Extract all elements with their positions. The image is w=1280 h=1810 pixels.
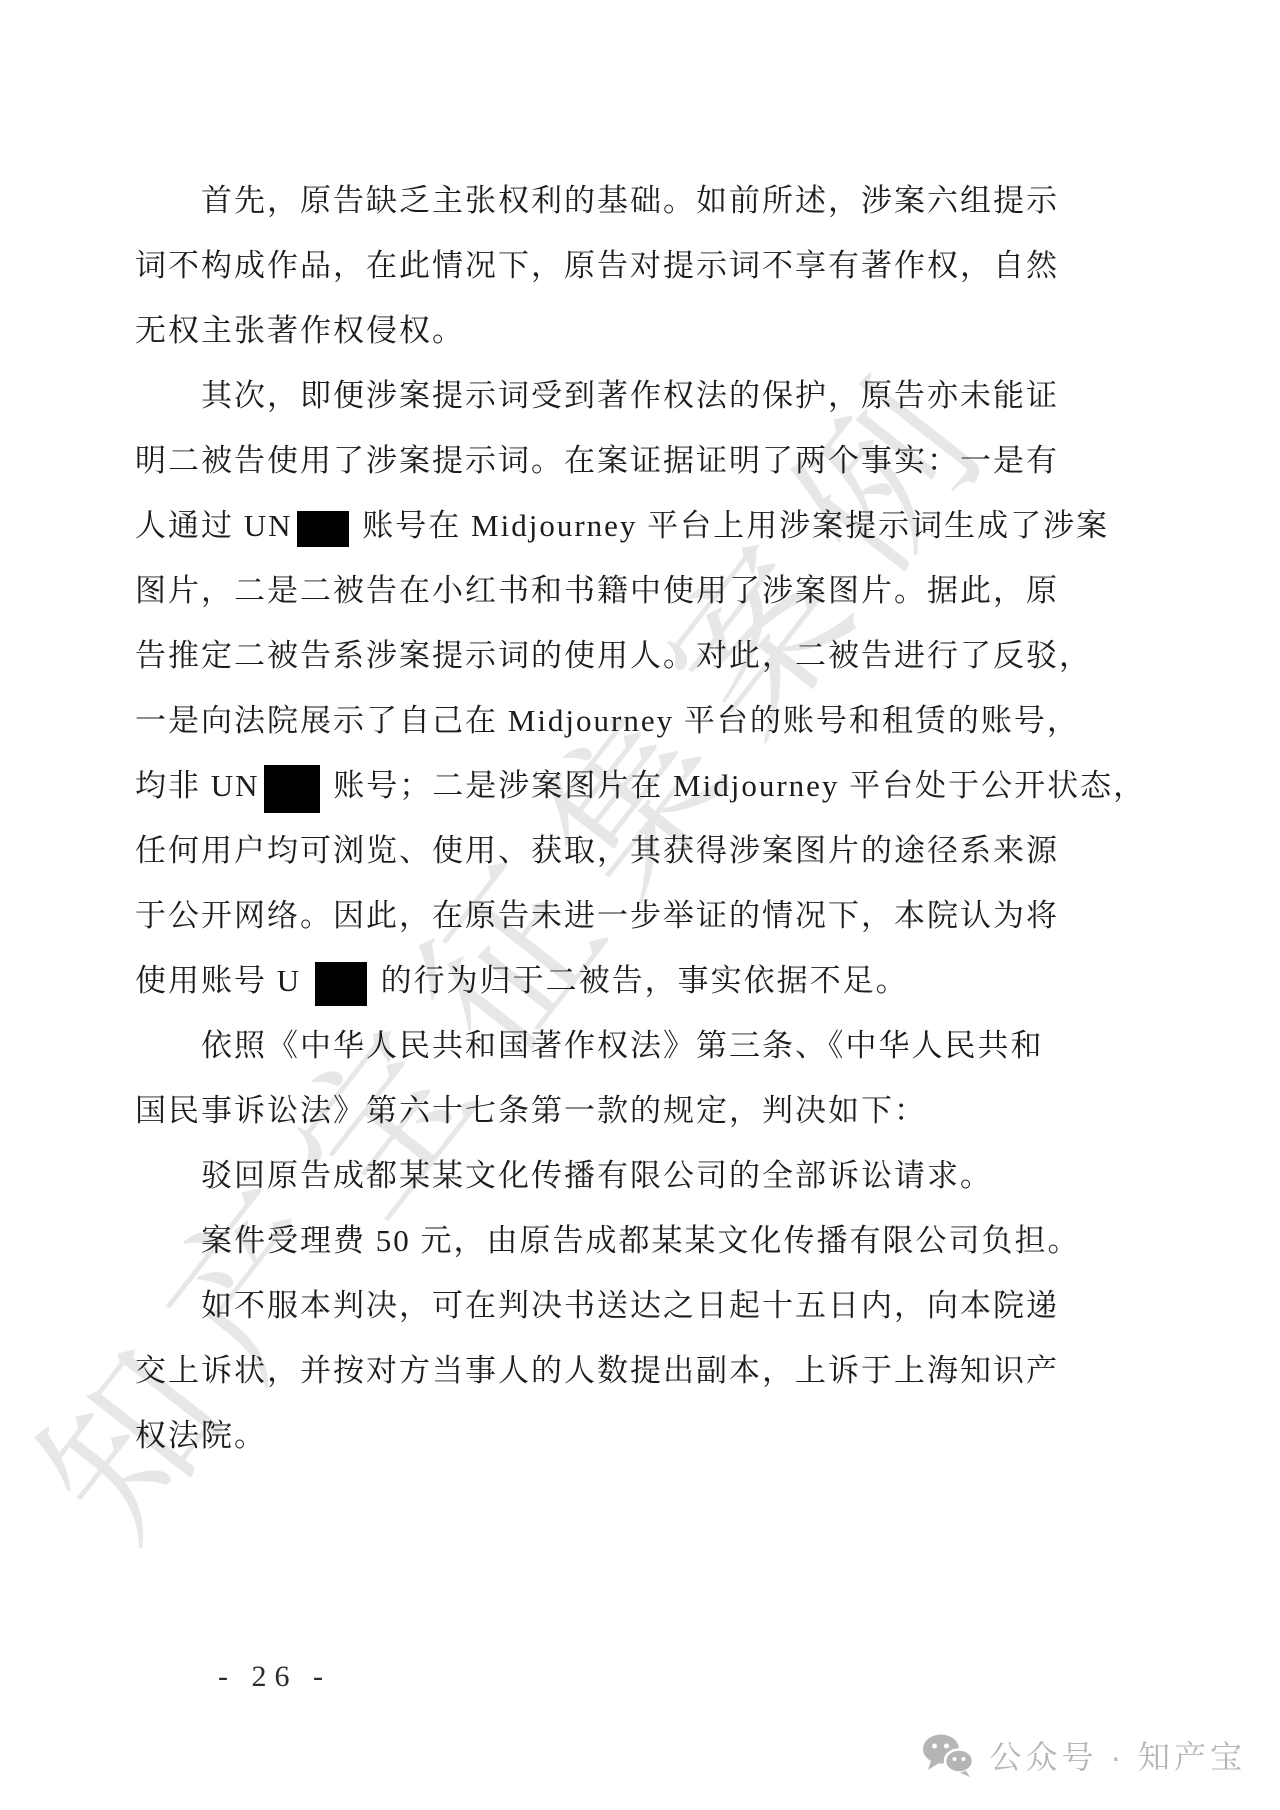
text-line: 国民事诉讼法》第六十七条第一款的规定，判决如下：	[135, 1078, 1015, 1143]
text-run: 一是向法院展示了自己在 Midjourney 平台的账号和租赁的账号，	[135, 703, 1080, 738]
text-run: 如不服本判决，可在判决书送达之日起十五日内，向本院递	[201, 1288, 1059, 1323]
text-line: 其次，即便涉案提示词受到著作权法的保护，原告亦未能证	[135, 363, 1015, 428]
text-run: 驳回原告成都某某文化传播有限公司的全部诉讼请求。	[201, 1158, 993, 1193]
text-run: 均非 UN	[135, 768, 260, 803]
text-line: 一是向法院展示了自己在 Midjourney 平台的账号和租赁的账号，	[135, 688, 1015, 753]
text-run: 使用账号 U	[135, 963, 311, 998]
text-run: 案件受理费 50 元，由原告成都某某文化传播有限公司负担。	[201, 1223, 1081, 1258]
text-line: 案件受理费 50 元，由原告成都某某文化传播有限公司负担。	[135, 1208, 1015, 1273]
text-run: 人通过 UN	[135, 508, 293, 543]
text-line: 首先，原告缺乏主张权利的基础。如前所述，涉案六组提示	[135, 168, 1015, 233]
text-run: 的行为归于二被告，事实依据不足。	[371, 963, 909, 998]
text-line: 交上诉状，并按对方当事人的人数提出副本，上诉于上海知识产	[135, 1338, 1015, 1403]
text-run: 依照《中华人民共和国著作权法》第三条、《中华人民共和	[201, 1028, 1044, 1063]
text-line: 人通过 UN 账号在 Midjourney 平台上用涉案提示词生成了涉案	[135, 493, 1015, 558]
text-line: 词不构成作品，在此情况下，原告对提示词不享有著作权，自然	[135, 233, 1015, 298]
text-run: 任何用户均可浏览、使用、获取，其获得涉案图片的途径系来源	[135, 833, 1059, 868]
text-line: 告推定二被告系涉案提示词的使用人。对此，二被告进行了反驳，	[135, 623, 1015, 688]
text-run: 交上诉状，并按对方当事人的人数提出副本，上诉于上海知识产	[135, 1353, 1059, 1388]
text-line: 权法院。	[135, 1403, 1015, 1468]
text-run: 于公开网络。因此，在原告未进一步举证的情况下，本院认为将	[135, 898, 1059, 933]
text-run: 无权主张著作权侵权。	[135, 313, 465, 348]
text-line: 如不服本判决，可在判决书送达之日起十五日内，向本院递	[135, 1273, 1015, 1338]
text-run: 账号在 Midjourney 平台上用涉案提示词生成了涉案	[353, 508, 1110, 543]
document-page: 知产宝征集案例 首先，原告缺乏主张权利的基础。如前所述，涉案六组提示词不构成作品…	[0, 0, 1280, 1810]
text-run: 词不构成作品，在此情况下，原告对提示词不享有著作权，自然	[135, 248, 1059, 283]
footer-label: 公众号 · 知产宝	[990, 1732, 1246, 1778]
text-run: 图片，二是二被告在小红书和书籍中使用了涉案图片。据此，原	[135, 573, 1059, 608]
text-run: 其次，即便涉案提示词受到著作权法的保护，原告亦未能证	[201, 378, 1059, 413]
redaction-box	[315, 962, 367, 1006]
text-run: 国民事诉讼法》第六十七条第一款的规定，判决如下：	[135, 1093, 927, 1128]
text-line: 明二被告使用了涉案提示词。在案证据证明了两个事实：一是有	[135, 428, 1015, 493]
text-run: 告推定二被告系涉案提示词的使用人。对此，二被告进行了反驳，	[135, 638, 1092, 673]
page-number: - 26 -	[218, 1660, 331, 1694]
text-line: 驳回原告成都某某文化传播有限公司的全部诉讼请求。	[135, 1143, 1015, 1208]
text-line: 于公开网络。因此，在原告未进一步举证的情况下，本院认为将	[135, 883, 1015, 948]
text-run: 权法院。	[135, 1418, 267, 1453]
redaction-box	[297, 511, 349, 547]
text-run: 首先，原告缺乏主张权利的基础。如前所述，涉案六组提示	[201, 183, 1059, 218]
judgment-body-text: 首先，原告缺乏主张权利的基础。如前所述，涉案六组提示词不构成作品，在此情况下，原…	[135, 168, 1015, 1468]
text-line: 图片，二是二被告在小红书和书籍中使用了涉案图片。据此，原	[135, 558, 1015, 623]
text-run: 明二被告使用了涉案提示词。在案证据证明了两个事实：一是有	[135, 443, 1059, 478]
text-line: 依照《中华人民共和国著作权法》第三条、《中华人民共和	[135, 1013, 1015, 1078]
wechat-icon	[920, 1733, 976, 1777]
text-line: 无权主张著作权侵权。	[135, 298, 1015, 363]
text-line: 任何用户均可浏览、使用、获取，其获得涉案图片的途径系来源	[135, 818, 1015, 883]
redaction-box	[264, 765, 320, 813]
text-line: 使用账号 U 的行为归于二被告，事实依据不足。	[135, 948, 1015, 1013]
text-line: 均非 UN 账号；二是涉案图片在 Midjourney 平台处于公开状态，	[135, 753, 1015, 818]
footer-branding: 公众号 · 知产宝	[920, 1732, 1246, 1778]
text-run: 账号；二是涉案图片在 Midjourney 平台处于公开状态，	[324, 768, 1147, 803]
